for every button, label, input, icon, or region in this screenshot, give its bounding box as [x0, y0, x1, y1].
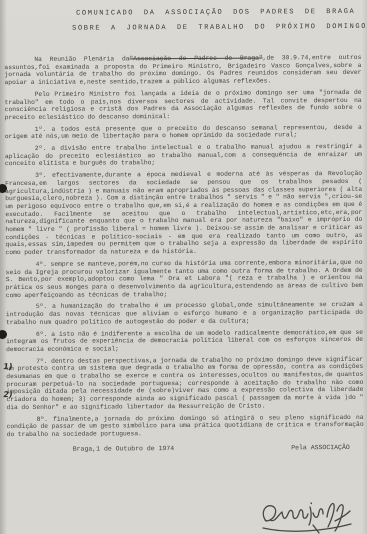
document-content: COMUNICADO DA ASSOCIAÇÃO DOS PADRES DE B… [0, 0, 367, 453]
numbered-item-2: 2º. a divisão entre trabalho intelectual… [5, 143, 362, 168]
handwritten-signature [255, 497, 355, 534]
numbered-item-7: 1) 2) 7º. dentro destas perspectivas,a j… [6, 356, 363, 412]
numbered-item-5: 5º. a humanização do trabalho é um proce… [6, 301, 363, 326]
struck-through-phrase: "Associação de Padres de Braga" [129, 55, 262, 63]
scanned-document-page: COMUNICADO DA ASSOCIAÇÃO DOS PADRES DE B… [0, 0, 367, 534]
numbered-item-6: 6º. a isto não é indiferente a escolha d… [6, 328, 363, 353]
handwritten-margin-annotation-1: 1) [3, 363, 12, 371]
intro-text-pre: Na Reunião Plenária da [34, 55, 129, 63]
numbered-item-1: 1º. a todos está presente que o preceito… [5, 124, 362, 142]
document-footer: Braga,1 de Outubro de 1974 Pela ASSOCIAÇ… [7, 444, 364, 453]
numbered-item-4: 4º. sempre se manteve,porém,no curso da … [6, 259, 363, 300]
footer-signed-by: Pela ASSOCIAÇÃO [291, 444, 350, 451]
numbered-item-8: 8º. finalmente,a jornada do próximo domi… [7, 413, 364, 438]
numbered-item-3: 3º. efectivamente,durante a época mediev… [5, 170, 363, 257]
handwritten-margin-annotation-2: 2) [3, 391, 12, 399]
intro-paragraph: Na Reunião Plenária da"Associação de Pad… [4, 54, 361, 87]
document-title-line-2: SOBRE A JORNADA DE TRABALHO DO PRÓXIMO D… [72, 23, 361, 33]
numbered-item-7-text: 7º. dentro destas perspectivas,a jornada… [6, 356, 363, 411]
document-body: Na Reunião Plenária da"Associação de Pad… [4, 54, 363, 453]
document-title-line-1: COMUNICADO DA ASSOCIAÇÃO DOS PADRES DE B… [76, 8, 361, 18]
footer-place-date: Braga,1 de Outubro de 1974 [73, 445, 174, 453]
paragraph-jornada-announcement: Pelo Primeiro Ministro foi lançada a ide… [5, 89, 362, 122]
